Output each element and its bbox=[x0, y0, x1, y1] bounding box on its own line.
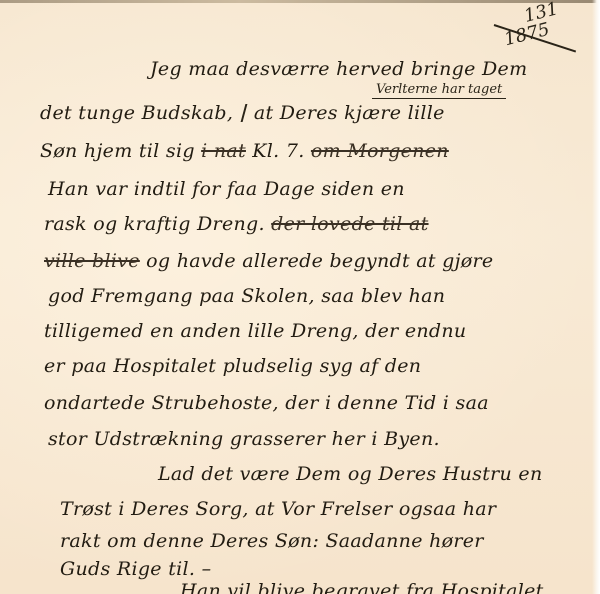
letter-line-15: Guds Rige til. – bbox=[60, 558, 211, 580]
line-text-after: Kl. 7. bbox=[246, 140, 305, 162]
struck-text: ville blive bbox=[44, 250, 140, 272]
line-text: Trøst i Deres Sorg, at Vor Frelser ogsaa… bbox=[60, 498, 496, 520]
line-text: tilligemed en anden lille Dreng, der end… bbox=[44, 320, 466, 342]
line-text: god Fremgang paa Skolen, saa blev han bbox=[48, 285, 445, 307]
line-text: er paa Hospitalet pludselig syg af den bbox=[44, 355, 421, 377]
letter-line-3: Søn hjem til sig i nat Kl. 7. om Morgene… bbox=[40, 140, 449, 162]
line-text: Lad det være Dem og Deres Hustru en bbox=[158, 463, 543, 485]
line-text: Guds Rige til. – bbox=[60, 558, 211, 580]
struck-text: i nat bbox=[201, 140, 246, 162]
line-text: rask og kraftig Dreng. bbox=[44, 213, 271, 235]
line-text: Han var indtil for faa Dage siden en bbox=[48, 178, 405, 200]
line-text-after: og havde allerede begyndt at gjøre bbox=[140, 250, 494, 272]
letter-line-5: rask og kraftig Dreng. der lovede til at bbox=[44, 213, 429, 235]
letter-line-16: Han vil blive begravet fra Hospitalet bbox=[180, 580, 544, 594]
letter-line-14: rakt om denne Deres Søn: Saadanne hører bbox=[60, 530, 484, 552]
letter-line-8: tilligemed en anden lille Dreng, der end… bbox=[44, 320, 466, 342]
letter-line-4: Han var indtil for faa Dage siden en bbox=[48, 178, 405, 200]
letter-line-9: er paa Hospitalet pludselig syg af den bbox=[44, 355, 421, 377]
insertion-caret bbox=[240, 104, 247, 122]
letter-line-13: Trøst i Deres Sorg, at Vor Frelser ogsaa… bbox=[60, 498, 496, 520]
letter-line-2: det tunge Budskab, at Deres kjære lille bbox=[40, 102, 445, 124]
letter-line-1: Jeg maa desværre herved bringe Dem bbox=[150, 58, 527, 80]
page-number-annotation: 131 1875 bbox=[490, 2, 580, 58]
line-text-after: at Deres kjære lille bbox=[254, 102, 445, 124]
line-text: rakt om denne Deres Søn: Saadanne hører bbox=[60, 530, 484, 552]
letter-line-12: Lad det være Dem og Deres Hustru en bbox=[158, 463, 543, 485]
line-text: ondartede Strubehoste, der i denne Tid i… bbox=[44, 392, 489, 414]
page-number-bottom: 1875 bbox=[502, 19, 552, 50]
letter-line-11: stor Udstrækning grasserer her i Byen. bbox=[48, 428, 440, 450]
struck-text-after: om Morgenen bbox=[311, 140, 449, 162]
paper-right-edge bbox=[592, 0, 600, 594]
line-text: det tunge Budskab, bbox=[40, 102, 233, 124]
line-text: Han vil blive begravet fra Hospitalet bbox=[180, 580, 544, 594]
line-text: Jeg maa desværre herved bringe Dem bbox=[150, 58, 527, 80]
letter-line-10: ondartede Strubehoste, der i denne Tid i… bbox=[44, 392, 489, 414]
line-text: stor Udstrækning grasserer her i Byen. bbox=[48, 428, 440, 450]
interlinear-insert: Verlterne har taget bbox=[372, 82, 506, 99]
letter-line-6: ville blive og havde allerede begyndt at… bbox=[44, 250, 493, 272]
letter-line-7: god Fremgang paa Skolen, saa blev han bbox=[48, 285, 445, 307]
struck-text: der lovede til at bbox=[271, 213, 428, 235]
line-text: Søn hjem til sig bbox=[40, 140, 201, 162]
